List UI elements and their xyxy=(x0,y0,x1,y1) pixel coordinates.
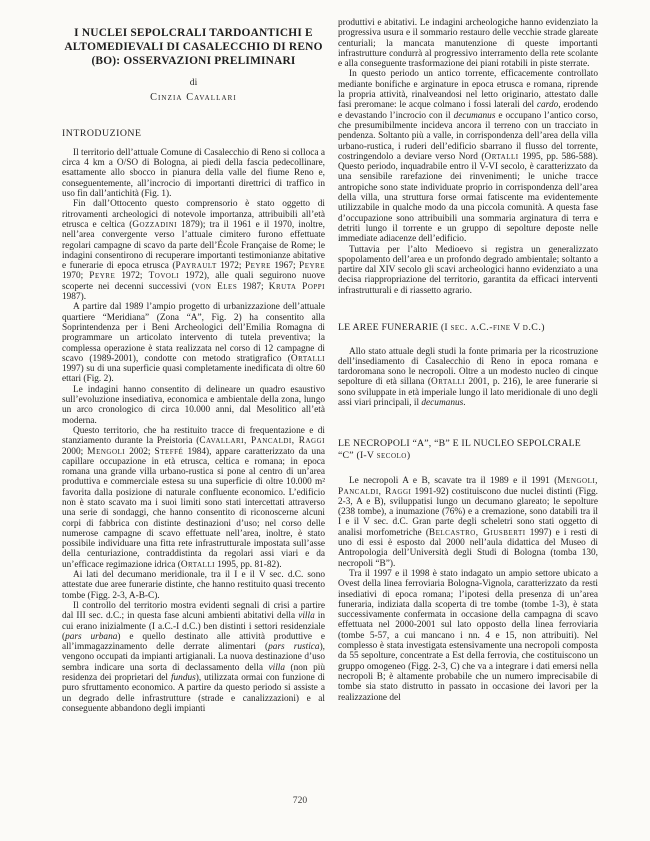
text-block: I NUCLEI SEPOLCRALI TARDOANTICHI E ALTOM… xyxy=(62,18,598,714)
byline-prefix: di xyxy=(62,78,325,88)
paragraph: Ai lati del decumano meridionale, tra il… xyxy=(62,570,325,601)
paragraph: Allo stato attuale degli studi la fonte … xyxy=(338,347,598,409)
paragraph: Il territorio dell’attuale Comune di Cas… xyxy=(62,148,325,199)
paragraph: Il controllo del territorio mostra evide… xyxy=(62,601,325,714)
paragraph: Questo territorio, che ha restituito tra… xyxy=(62,426,325,570)
section-heading-introduzione: INTRODUZIONE xyxy=(62,129,325,139)
paragraph: Le indagini hanno consentito di delinear… xyxy=(62,385,325,426)
paragraph: Fin dall’Ottocento questo comprensorio è… xyxy=(62,199,325,302)
section-heading-necropoli: LE NECROPOLI “A”, “B” E IL NUCLEO SEPOLC… xyxy=(338,438,598,461)
section-heading-aree-funerarie: LE AREE FUNERARIE (I sec. a.C.-fine V d.… xyxy=(338,322,598,334)
article-title: I NUCLEI SEPOLCRALI TARDOANTICHI E ALTOM… xyxy=(64,26,323,68)
paragraph: Le necropoli A e B, scavate tra il 1989 … xyxy=(338,476,598,569)
paragraph: In questo periodo un antico torrente, ef… xyxy=(338,69,598,244)
page-number: 720 xyxy=(0,795,600,806)
right-column: produttivi e abitativi. Le indagini arch… xyxy=(338,18,598,714)
paragraph-continuation: produttivi e abitativi. Le indagini arch… xyxy=(338,18,598,69)
paragraph: A partire dal 1989 l’ampio progetto di u… xyxy=(62,302,325,384)
paragraph: Tra il 1997 e il 1998 è stato indagato u… xyxy=(338,569,598,703)
scanned-paper-page: I NUCLEI SEPOLCRALI TARDOANTICHI E ALTOM… xyxy=(0,0,650,841)
author-name: Cinzia Cavallari xyxy=(62,93,325,103)
paragraph: Tuttavia per l’alto Medioevo si registra… xyxy=(338,245,598,296)
left-column: I NUCLEI SEPOLCRALI TARDOANTICHI E ALTOM… xyxy=(62,18,325,714)
